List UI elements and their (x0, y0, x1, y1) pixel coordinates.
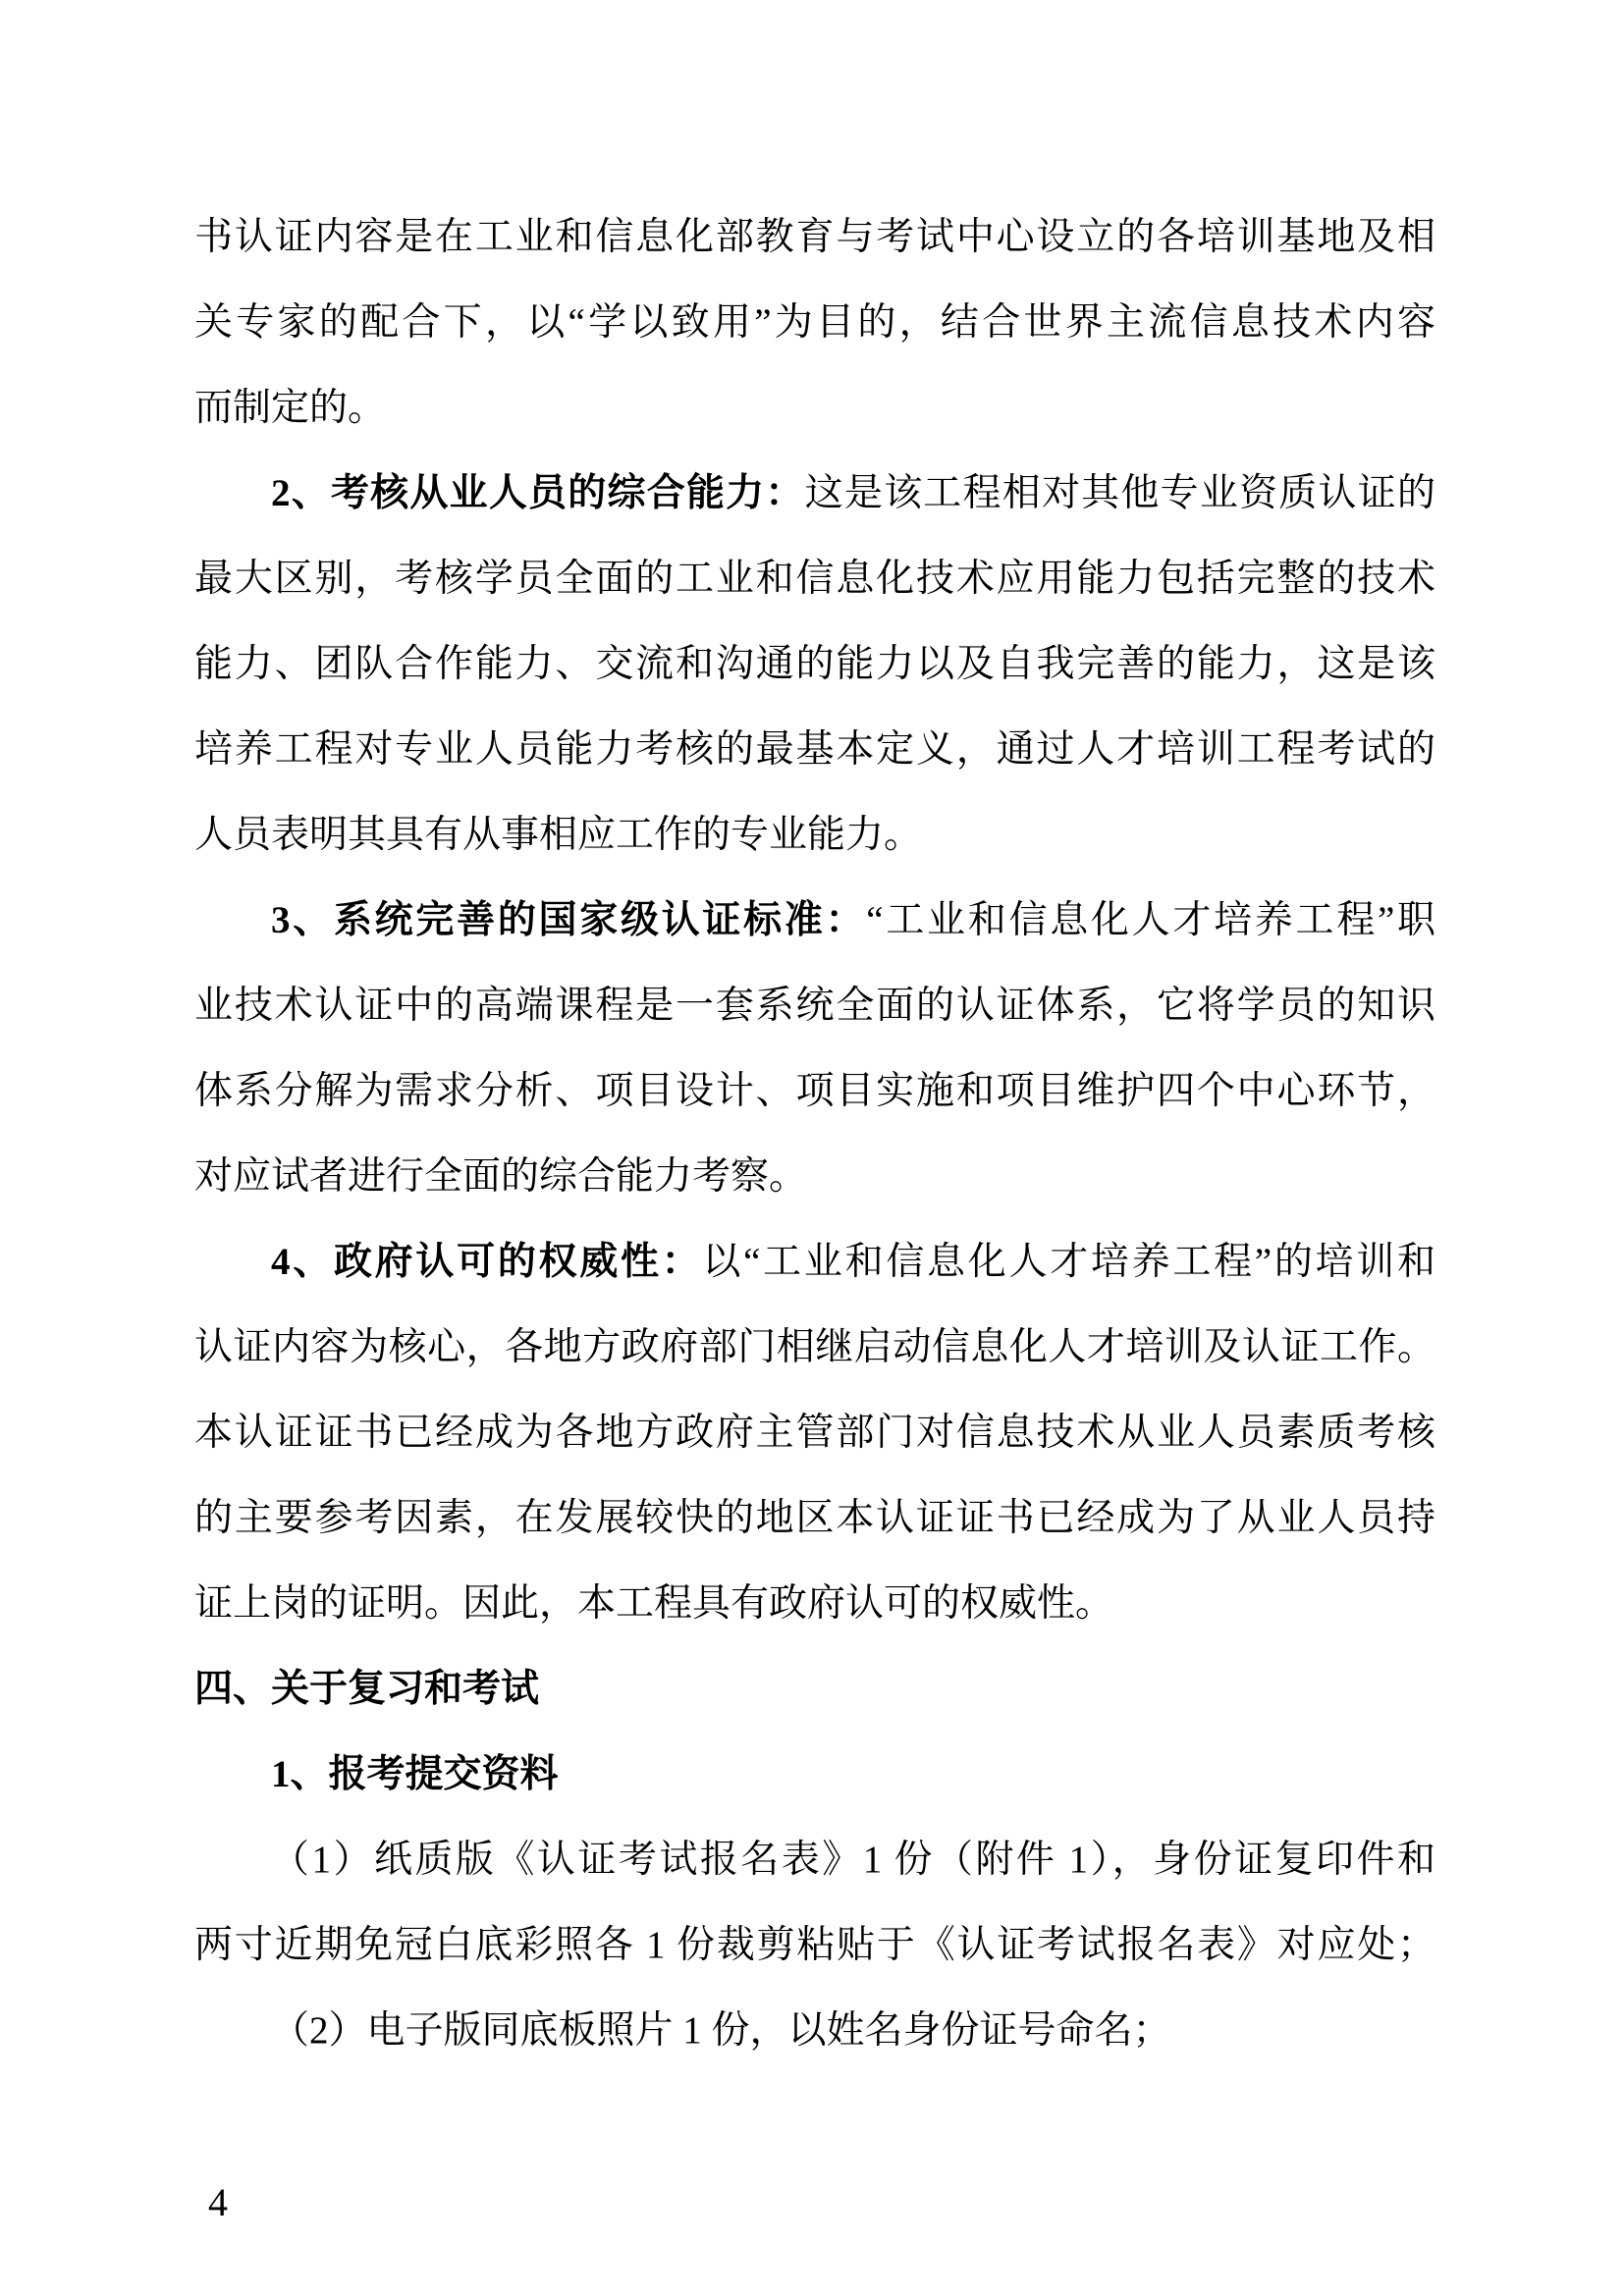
text-run: 以“工业和信息化人才培养工程”的培训和 (702, 1241, 1435, 1283)
body-line: 能力、团队合作能力、交流和沟通的能力以及自我完善的能力，这是该 (194, 621, 1435, 707)
body-line: （1）纸质版《认证考试报名表》1 份（附件 1），身份证复印件和 (194, 1817, 1435, 1902)
text-run: 而制定的。 (194, 387, 386, 429)
body-line: 人员表明其具有从事相应工作的专业能力。 (194, 792, 1435, 878)
body-line: 本认证证书已经成为各地方政府主管部门对信息技术从业人员素质考核 (194, 1390, 1435, 1475)
body-line: 体系分解为需求分析、项目设计、项目实施和项目维护四个中心环节， (194, 1048, 1435, 1134)
bold-text-run: 1、报考提交资料 (271, 1753, 559, 1795)
body-line: 认证内容为核心，各地方政府部门相继启动信息化人才培训及认证工作。 (194, 1305, 1435, 1390)
body-line: 书认证内容是在工业和信息化部教育与考试中心设立的各培训基地及相 (194, 194, 1435, 280)
body-line: 两寸近期免冠白底彩照各 1 份裁剪粘贴于《认证考试报名表》对应处； (194, 1902, 1435, 1988)
body-line: 培养工程对专业人员能力考核的最基本定义，通过人才培训工程考试的 (194, 707, 1435, 792)
bold-text-run: 4、政府认可的权威性： (271, 1241, 702, 1283)
text-run: 这是该工程相对其他专业资质认证的 (805, 472, 1435, 514)
text-run: 的主要参考因素，在发展较快的地区本认证证书已经成为了从业人员持 (194, 1497, 1435, 1539)
text-run: （1）纸质版《认证考试报名表》1 份（附件 1），身份证复印件和 (271, 1839, 1435, 1881)
bold-text-run: 3、系统完善的国家级认证标准： (271, 899, 866, 941)
body-line: 4、政府认可的权威性：以“工业和信息化人才培养工程”的培训和 (194, 1219, 1435, 1305)
body-line: （2）电子版同底板照片 1 份，以姓名身份证号命名； (194, 1988, 1435, 2073)
text-run: 认证内容为核心，各地方政府部门相继启动信息化人才培训及认证工作。 (194, 1326, 1435, 1368)
page-number: 4 (208, 2181, 228, 2224)
text-run: 能力、团队合作能力、交流和沟通的能力以及自我完善的能力，这是该 (194, 643, 1435, 685)
text-run: 最大区别，考核学员全面的工业和信息化技术应用能力包括完整的技术 (194, 558, 1435, 600)
body-line: 证上岗的证明。因此，本工程具有政府认可的权威性。 (194, 1561, 1435, 1646)
body-line: 对应试者进行全面的综合能力考察。 (194, 1134, 1435, 1219)
text-run: （2）电子版同底板照片 1 份，以姓名身份证号命名； (271, 2009, 1171, 2052)
body-line: 最大区别，考核学员全面的工业和信息化技术应用能力包括完整的技术 (194, 536, 1435, 621)
body-line: 而制定的。 (194, 365, 1435, 451)
body-line: 3、系统完善的国家级认证标准：“工业和信息化人才培养工程”职 (194, 878, 1435, 963)
document-body: 书认证内容是在工业和信息化部教育与考试中心设立的各培训基地及相关专家的配合下，以… (194, 194, 1435, 2073)
bold-text-run: 2、考核从业人员的综合能力： (271, 472, 805, 514)
sub-heading: 1、报考提交资料 (194, 1732, 1435, 1817)
body-line: 业技术认证中的高端课程是一套系统全面的认证体系，它将学员的知识 (194, 963, 1435, 1048)
bold-text-run: 四、关于复习和考试 (194, 1668, 539, 1710)
text-run: 人员表明其具有从事相应工作的专业能力。 (194, 814, 922, 856)
text-run: 两寸近期免冠白底彩照各 1 份裁剪粘贴于《认证考试报名表》对应处； (194, 1924, 1435, 1966)
text-run: “工业和信息化人才培养工程”职 (866, 899, 1435, 941)
text-run: 对应试者进行全面的综合能力考察。 (194, 1155, 807, 1198)
text-run: 本认证证书已经成为各地方政府主管部门对信息技术从业人员素质考核 (194, 1412, 1435, 1454)
body-line: 的主要参考因素，在发展较快的地区本认证证书已经成为了从业人员持 (194, 1475, 1435, 1561)
text-run: 关专家的配合下，以“学以致用”为目的，结合世界主流信息技术内容 (194, 301, 1435, 344)
text-run: 业技术认证中的高端课程是一套系统全面的认证体系，它将学员的知识 (194, 985, 1435, 1027)
text-run: 证上岗的证明。因此，本工程具有政府认可的权威性。 (194, 1582, 1113, 1625)
text-run: 书认证内容是在工业和信息化部教育与考试中心设立的各培训基地及相 (194, 216, 1435, 258)
document-page: 书认证内容是在工业和信息化部教育与考试中心设立的各培训基地及相关专家的配合下，以… (0, 0, 1624, 2296)
body-line: 关专家的配合下，以“学以致用”为目的，结合世界主流信息技术内容 (194, 280, 1435, 365)
text-run: 体系分解为需求分析、项目设计、项目实施和项目维护四个中心环节， (194, 1070, 1435, 1112)
body-line: 2、考核从业人员的综合能力：这是该工程相对其他专业资质认证的 (194, 451, 1435, 536)
section-heading: 四、关于复习和考试 (194, 1646, 1435, 1732)
text-run: 培养工程对专业人员能力考核的最基本定义，通过人才培训工程考试的 (194, 728, 1435, 771)
